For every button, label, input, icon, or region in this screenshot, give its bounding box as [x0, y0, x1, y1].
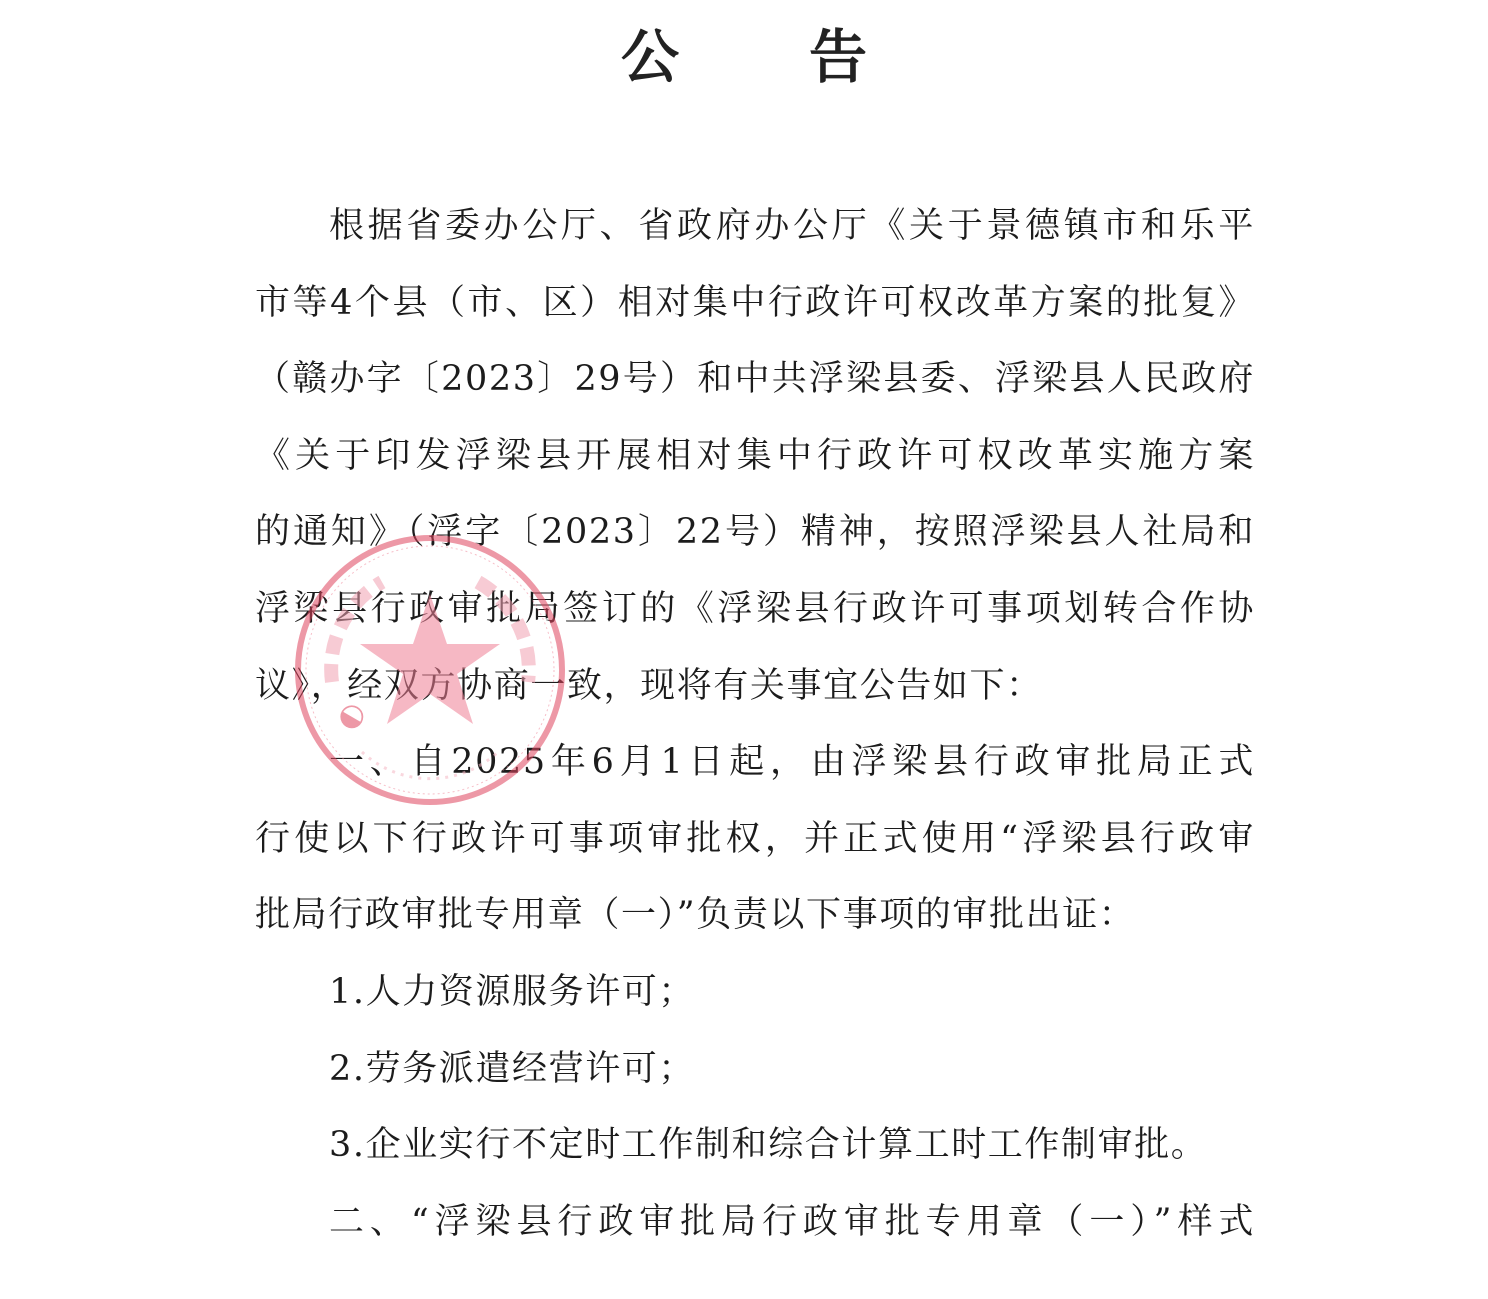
- document-page: 公告 根据省委办公厅、省政府办公厅《关于景德镇市和乐平 市等4个县（市、区）相对…: [0, 0, 1488, 1299]
- text-line: 一、自2025年6月1日起，由浮梁县行政审批局正式: [255, 724, 1255, 801]
- section-one: 一、自2025年6月1日起，由浮梁县行政审批局正式 行使以下行政许可事项审批权，…: [255, 724, 1255, 1184]
- title-char-2: 告: [809, 22, 867, 92]
- text-line: 浮梁县行政审批局签订的《浮梁县行政许可事项划转合作协: [255, 571, 1255, 648]
- paragraph-basis: 根据省委办公厅、省政府办公厅《关于景德镇市和乐平 市等4个县（市、区）相对集中行…: [255, 188, 1255, 724]
- list-item: 2.劳务派遣经营许可；: [255, 1031, 1255, 1108]
- text-line: 的通知》（浮字〔2023〕22号）精神，按照浮梁县人社局和: [255, 494, 1255, 571]
- list-item: 1.人力资源服务许可；: [255, 954, 1255, 1031]
- text-line: 行使以下行政许可事项审批权，并正式使用“浮梁县行政审: [255, 801, 1255, 878]
- text-line: 二、“浮梁县行政审批局行政审批专用章（一）”样式: [255, 1184, 1255, 1261]
- text-line: 市等4个县（市、区）相对集中行政许可权改革方案的批复》: [255, 265, 1255, 342]
- text-line: 《关于印发浮梁县开展相对集中行政许可权改革实施方案: [255, 418, 1255, 495]
- text-line: 议》，经双方协商一致，现将有关事宜公告如下：: [255, 648, 1255, 725]
- section-two: 二、“浮梁县行政审批局行政审批专用章（一）”样式: [255, 1184, 1255, 1261]
- text-line: 批局行政审批专用章（一）”负责以下事项的审批出证：: [255, 877, 1255, 954]
- list-item: 3.企业实行不定时工作制和综合计算工时工作制审批。: [255, 1107, 1255, 1184]
- document-body: 根据省委办公厅、省政府办公厅《关于景德镇市和乐平 市等4个县（市、区）相对集中行…: [255, 188, 1255, 1260]
- document-title: 公告: [0, 22, 1488, 92]
- title-char-1: 公: [621, 22, 679, 92]
- text-line: 根据省委办公厅、省政府办公厅《关于景德镇市和乐平: [255, 188, 1255, 265]
- text-line: （赣办字〔2023〕29号）和中共浮梁县委、浮梁县人民政府: [255, 341, 1255, 418]
